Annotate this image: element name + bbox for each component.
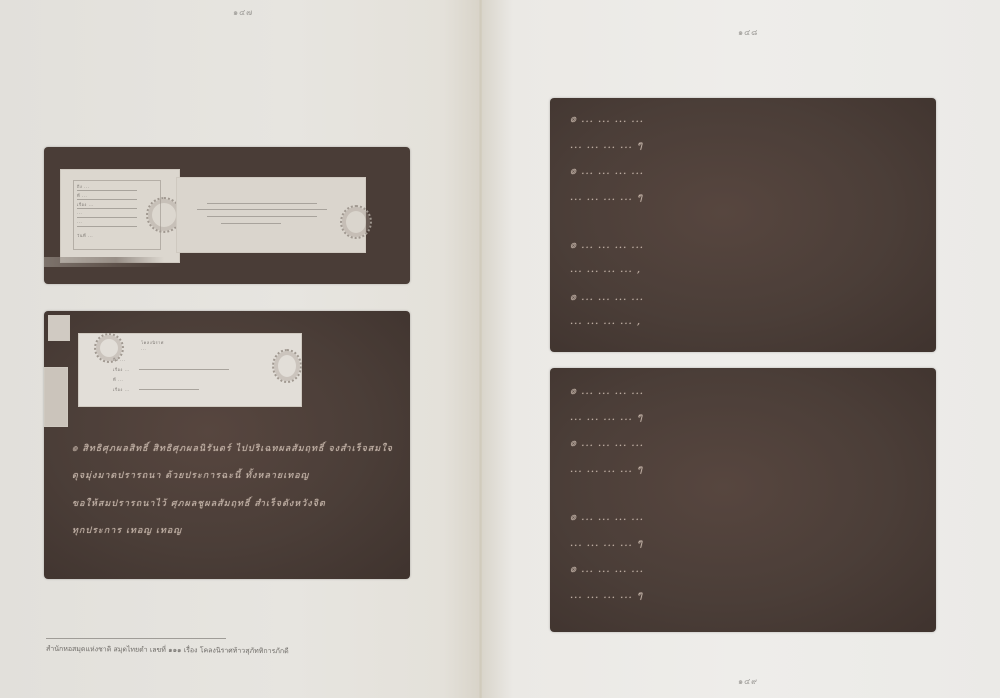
manuscript-script-line: ... ... ... ... ,	[570, 316, 641, 327]
label-line: ที่ ...	[113, 376, 123, 383]
manuscript-script-line: ๏ ... ... ... ...	[570, 562, 644, 577]
corner-fragment	[48, 315, 70, 341]
manuscript-script-line: ... ... ... ... ,	[570, 264, 641, 275]
manuscript-script-line: ขอให้สมปรารถนาไว้ ศุภผลชูผลสัมฤทธิ์ สำเร…	[72, 496, 326, 510]
right-page-footer-number: ๑๔๙	[738, 675, 758, 688]
envelope-manuscript-plate: ถึง ... ที่ ... เรื่อง ... ... ... วันที…	[44, 147, 410, 284]
label-line: ถึง ...	[77, 183, 89, 190]
label-line: ...	[77, 210, 82, 215]
side-fragment	[44, 367, 68, 427]
black-manuscript-plate-left: โคลงนิราศ ... ถึง ... เรื่อง ... ที่ ...…	[44, 311, 410, 579]
right-page-header-number: ๑๔๘	[738, 26, 758, 39]
seal-stamp-icon	[272, 349, 302, 383]
stain	[44, 257, 164, 267]
manuscript-script-line: ๏ ... ... ... ...	[570, 164, 644, 179]
label-line: ที่ ...	[77, 192, 87, 199]
caption-rule	[46, 638, 226, 639]
label-line: เรื่อง ...	[77, 201, 94, 208]
manuscript-script-line: ๏ ... ... ... ...	[570, 112, 644, 127]
manuscript-script-line: ๏ ... ... ... ...	[570, 436, 644, 451]
right-label-paper: ...	[176, 177, 366, 253]
manuscript-script-line: ... ... ... ... ๆ	[570, 138, 643, 153]
black-manuscript-plate-top: ๏ ... ... ... ... ... ... ... ... ๆ ๏ ..…	[550, 98, 936, 352]
label-line: เรื่อง ...	[113, 366, 130, 373]
manuscript-script-line: ๏ ... ... ... ...	[570, 290, 644, 305]
figure-caption: สำนักหอสมุดแห่งชาติ สมุดไทยดำ เลขที่ ๑๑๑…	[46, 644, 289, 658]
manuscript-script-line: ๏ ... ... ... ...	[570, 510, 644, 525]
left-page-number: ๑๔๗	[233, 6, 253, 19]
label-line: เรื่อง ...	[113, 386, 130, 393]
manuscript-script-line: ๏ ... ... ... ...	[570, 238, 644, 253]
seal-stamp-icon	[94, 333, 124, 363]
manuscript-script-line: ... ... ... ... ๆ	[570, 536, 643, 551]
label-line: ...	[77, 219, 82, 224]
manuscript-script-line: ... ... ... ... ๆ	[570, 190, 643, 205]
right-page: ๑๔๘ ๏ ... ... ... ... ... ... ... ... ๆ …	[482, 0, 1000, 698]
manuscript-script-line: ... ... ... ... ๆ	[570, 462, 643, 477]
manuscript-script-line: ๏ ... ... ... ...	[570, 384, 644, 399]
label-line: วันที่ ...	[77, 232, 93, 239]
manuscript-script-line: ... ... ... ... ๆ	[570, 410, 643, 425]
left-page: ๑๔๗ ถึง ... ที่ ... เรื่อง ... ... ... ว…	[0, 0, 482, 698]
manuscript-script-line: ดุจมุ่งมาดปรารถนา ด้วยประการฉะนี้ ทั้งหล…	[72, 468, 309, 482]
black-manuscript-plate-bottom: ๏ ... ... ... ... ... ... ... ... ๆ ๏ ..…	[550, 368, 936, 632]
seal-stamp-icon	[340, 205, 372, 239]
manuscript-script-line: ๏ สิทธิศุภผลสิทธิ์ สิทธิศุภผลนิรันดร์ ไป…	[72, 441, 393, 455]
label-line: ...	[141, 346, 146, 351]
manuscript-script-line: ทุกประการ เทอญ เทอญ	[72, 523, 182, 537]
label-line: โคลงนิราศ	[141, 339, 164, 346]
manuscript-script-line: ... ... ... ... ๆ	[570, 588, 643, 603]
